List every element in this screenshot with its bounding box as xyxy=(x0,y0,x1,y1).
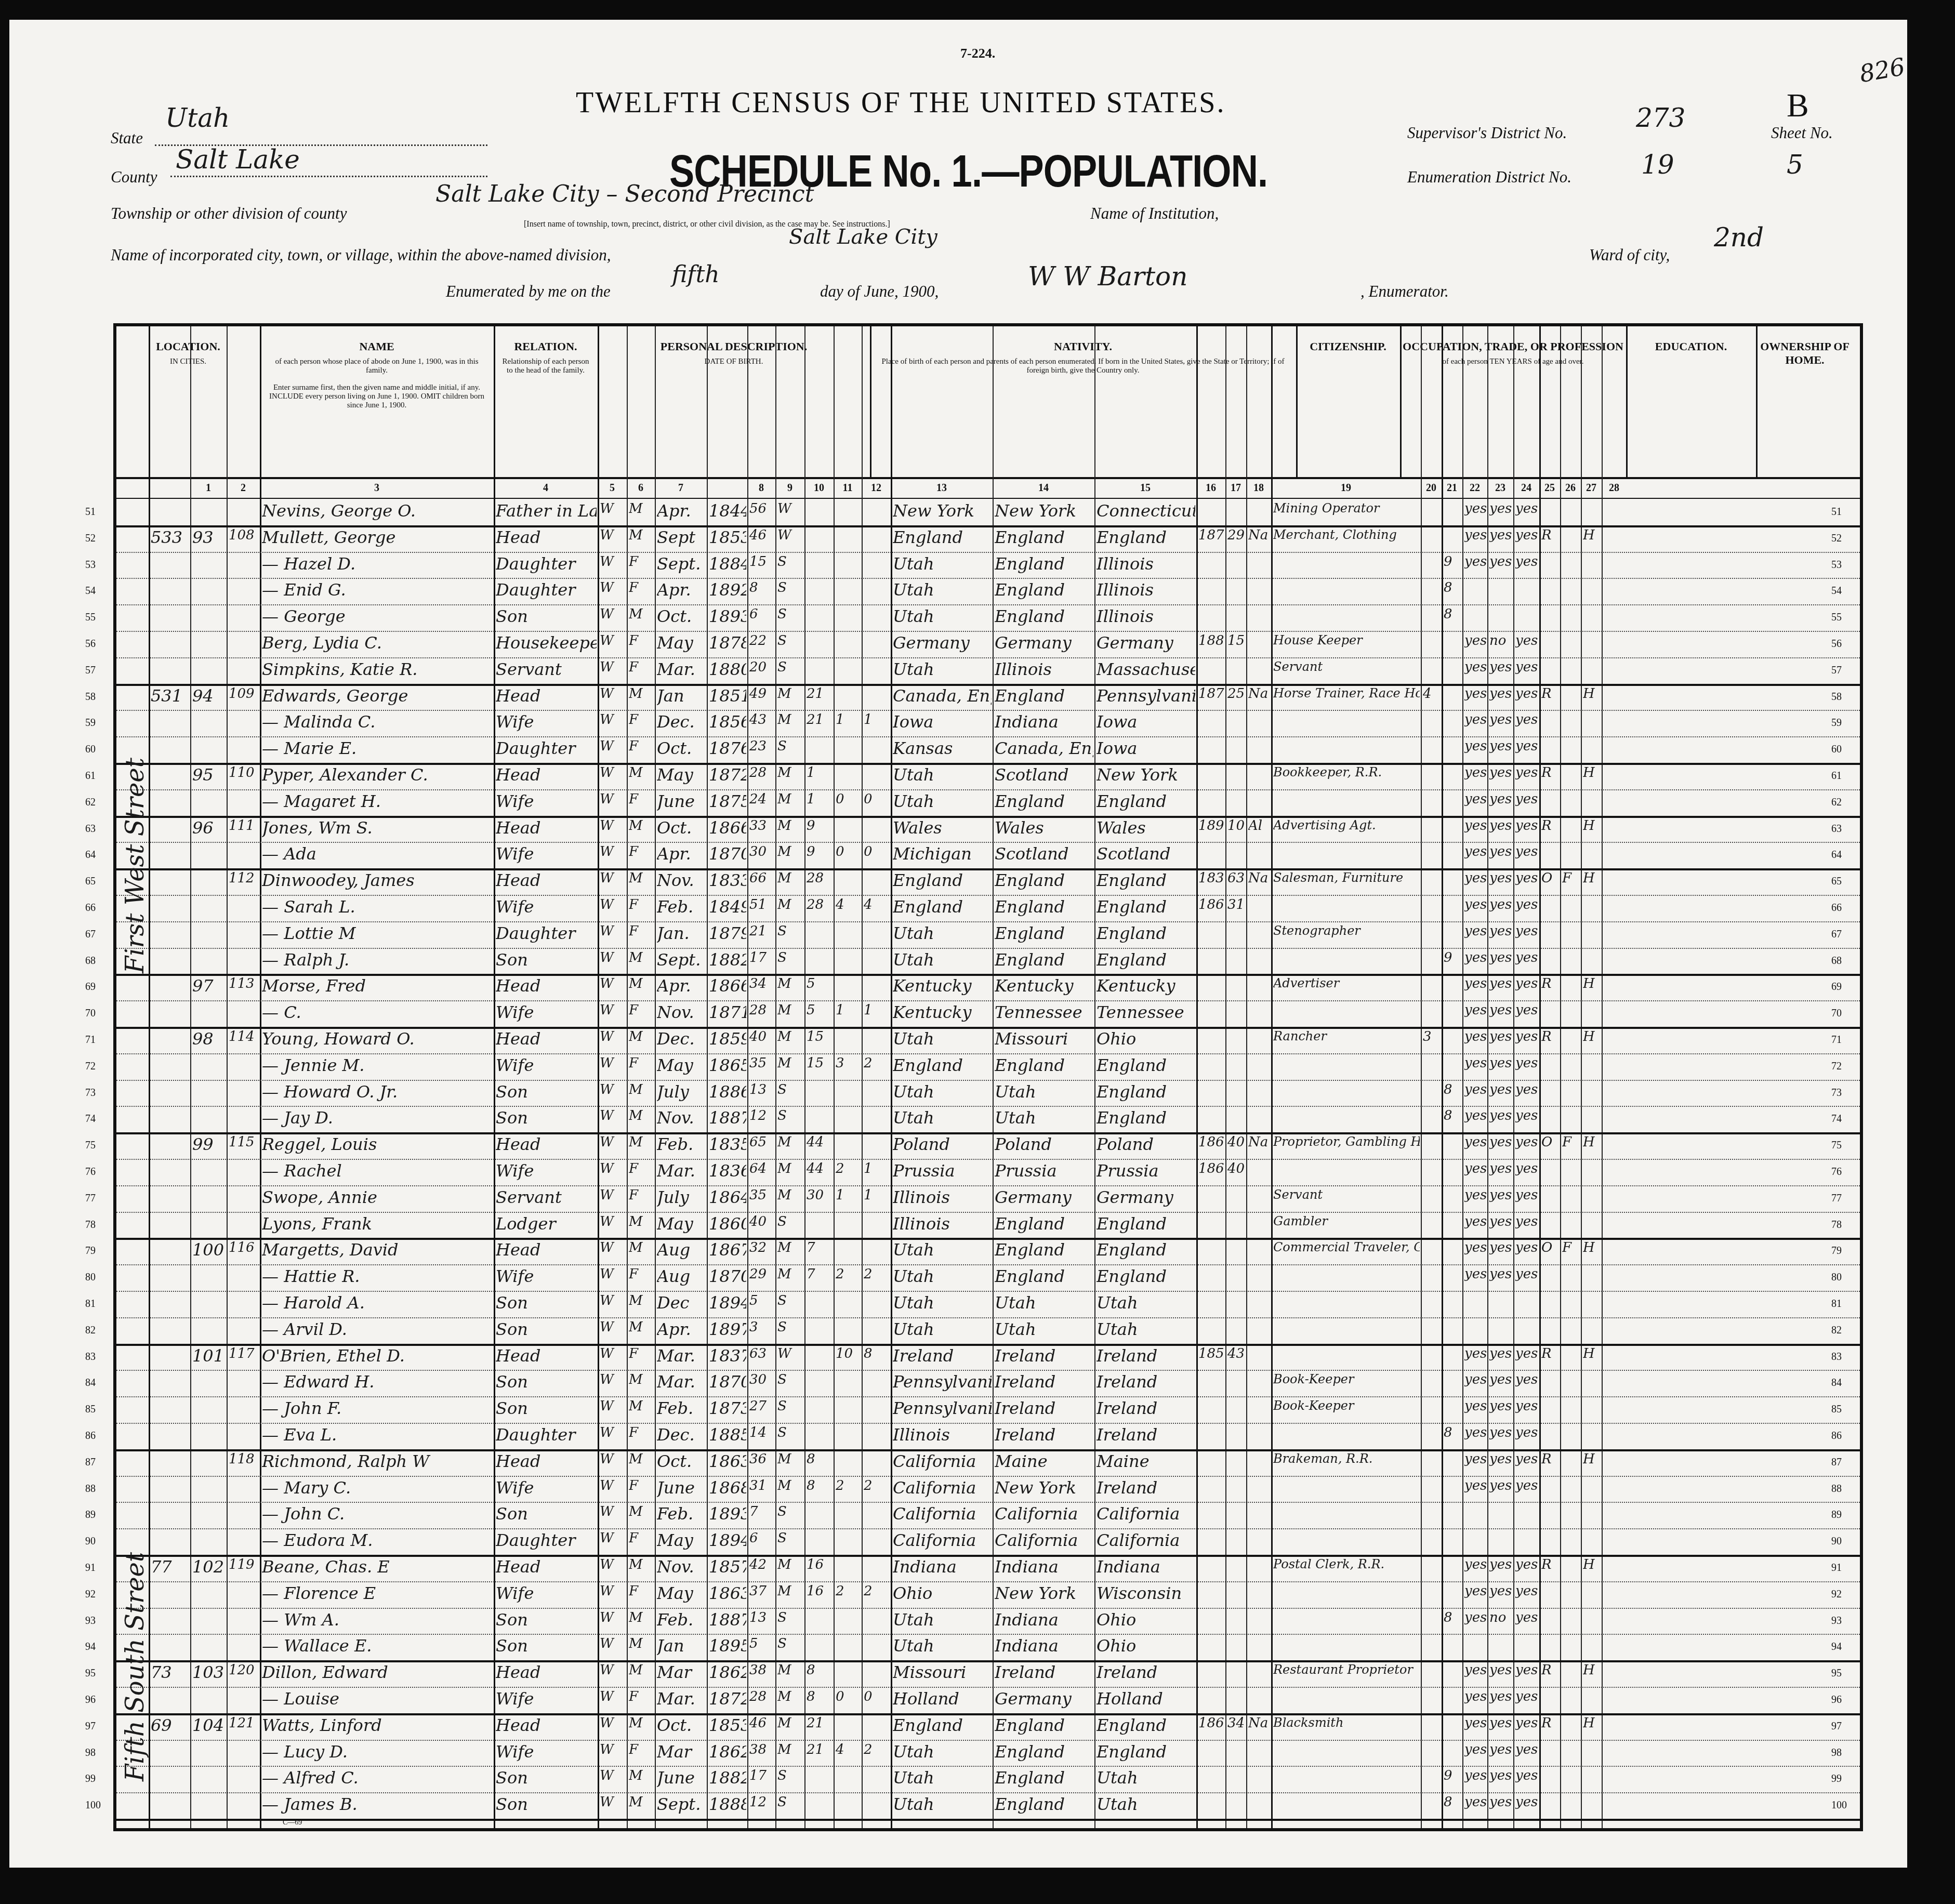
table-row: — Magaret H.WifeWFJune187524M100UtahEngl… xyxy=(116,789,1860,818)
cell-sex: M xyxy=(629,1636,654,1651)
cell-english: yes xyxy=(1515,1583,1538,1599)
cell-write: yes xyxy=(1489,1266,1512,1282)
cell-mother: England xyxy=(1097,1742,1195,1762)
cell-yrs-married: 28 xyxy=(807,870,833,886)
table-row: — Lucy D.WifeWFMar186238M2142UtahEngland… xyxy=(116,1740,1860,1767)
cell-dwelling: 93 xyxy=(192,527,226,547)
enumerated-suffix: day of June, 1900, xyxy=(820,282,939,301)
cell-year: 1836 xyxy=(709,1161,746,1181)
cell-read: yes xyxy=(1464,844,1486,860)
enumerated-day: fifth xyxy=(672,261,720,288)
cell-birth: Illinois xyxy=(893,1187,992,1207)
cell-year: 1887 xyxy=(709,1610,746,1630)
cell-immig: 1890 xyxy=(1198,818,1224,834)
cell-write: yes xyxy=(1489,1372,1512,1387)
cell-yrs-us: 31 xyxy=(1227,897,1245,913)
cell-father: Tennessee xyxy=(995,1002,1093,1022)
cell-race: W xyxy=(600,580,626,596)
cell-house: 69 xyxy=(151,1715,189,1735)
cell-read: yes xyxy=(1464,1266,1486,1282)
cell-marital: M xyxy=(777,844,803,860)
cell-birth: Utah xyxy=(893,1293,992,1313)
column-number: 4 xyxy=(494,482,598,494)
cell-relation: Wife xyxy=(496,844,597,864)
cell-age: 31 xyxy=(749,1478,774,1493)
line-number-left: 89 xyxy=(85,1509,96,1521)
cell-race: W xyxy=(600,1346,626,1361)
cell-year: 1868 xyxy=(709,1478,746,1498)
cell-father: England xyxy=(995,527,1093,547)
cell-house: 73 xyxy=(151,1662,189,1682)
cell-occupation: Postal Clerk, R.R. xyxy=(1273,1557,1420,1571)
cell-name: — Alfred C. xyxy=(262,1768,493,1788)
cell-birth: Ireland xyxy=(893,1346,992,1366)
cell-race: W xyxy=(600,1768,626,1783)
cell-birth: Utah xyxy=(893,791,992,811)
cell-owned: R xyxy=(1541,527,1559,543)
cell-birth: Utah xyxy=(893,606,992,626)
cell-read: yes xyxy=(1464,1346,1486,1361)
line-number: 72 xyxy=(1831,1061,1842,1073)
line-number: 61 xyxy=(1831,770,1842,782)
cell-owned: R xyxy=(1541,976,1559,991)
cell-mother: England xyxy=(1097,897,1195,917)
line-number-left: 87 xyxy=(85,1457,96,1469)
cell-month: Mar. xyxy=(657,1372,706,1392)
cell-children: 4 xyxy=(836,897,861,913)
line-number-left: 57 xyxy=(85,665,96,677)
table-row: — Eva L.DaughterWFDec.188514SIllinoisIre… xyxy=(116,1423,1860,1451)
cell-yrs-us: 25 xyxy=(1227,686,1245,702)
cell-dwelling: 94 xyxy=(192,686,226,706)
cell-mother: Holland xyxy=(1097,1689,1195,1709)
cell-write: yes xyxy=(1489,1742,1512,1757)
cell-english: yes xyxy=(1515,1214,1538,1229)
cell-year: 1866 xyxy=(709,818,746,838)
cell-age: 15 xyxy=(749,554,774,570)
cell-marital: M xyxy=(777,1557,803,1572)
cell-english: yes xyxy=(1515,1002,1538,1018)
cell-school: 8 xyxy=(1444,1794,1461,1810)
cell-write: yes xyxy=(1489,1134,1512,1150)
cell-dwelling: 95 xyxy=(192,765,226,785)
line-number-left: 99 xyxy=(85,1773,96,1785)
cell-english: yes xyxy=(1515,765,1538,781)
cell-living: 2 xyxy=(864,1742,890,1757)
cell-farm: H xyxy=(1583,1557,1601,1572)
cell-year: 1857 xyxy=(709,1557,746,1577)
cell-dwelling: 101 xyxy=(192,1346,226,1366)
cell-relation: Servant xyxy=(496,1187,597,1207)
cell-yrs-us: 40 xyxy=(1227,1134,1245,1150)
table-row: — Malinda C.WifeWFDec.185643M2111IowaInd… xyxy=(116,710,1860,737)
cell-birth: Utah xyxy=(893,1768,992,1788)
cell-family: 118 xyxy=(229,1451,259,1467)
cell-year: 1880 xyxy=(709,659,746,679)
cell-yrs-us: 40 xyxy=(1227,1161,1245,1176)
cell-year: 1837 xyxy=(709,1346,746,1366)
cell-read: yes xyxy=(1464,1161,1486,1176)
cell-mother: England xyxy=(1097,950,1195,970)
cell-mother: England xyxy=(1097,1108,1195,1128)
cell-age: 33 xyxy=(749,818,774,834)
cell-age: 38 xyxy=(749,1662,774,1678)
line-number: 96 xyxy=(1831,1694,1842,1706)
column-number: 7 xyxy=(655,482,707,494)
cell-english: yes xyxy=(1515,1187,1538,1203)
cell-sex: M xyxy=(629,1293,654,1308)
cell-birth: Utah xyxy=(893,1610,992,1630)
cell-read: yes xyxy=(1464,686,1486,702)
cell-yrs-married: 21 xyxy=(807,686,833,702)
cell-month: Dec xyxy=(657,1293,706,1313)
cell-birth: Pennsylvania xyxy=(893,1372,992,1392)
ward-value: 2nd xyxy=(1714,222,1764,253)
line-number: 77 xyxy=(1831,1193,1842,1205)
line-number: 54 xyxy=(1831,585,1842,597)
cell-race: W xyxy=(600,633,626,649)
table-row: — Florence EWifeWFMay186337M1622OhioNew … xyxy=(116,1581,1860,1609)
cell-race: W xyxy=(600,897,626,913)
cell-occupation: Gambler xyxy=(1273,1214,1420,1228)
cell-birth: Utah xyxy=(893,1029,992,1049)
cell-yrs-married: 9 xyxy=(807,844,833,860)
cell-marital: S xyxy=(777,1636,803,1651)
cell-write: yes xyxy=(1489,527,1512,543)
cell-father: New York xyxy=(995,1583,1093,1603)
cell-yrs-us: 10 xyxy=(1227,818,1245,834)
cell-read: yes xyxy=(1464,1425,1486,1440)
cell-race: W xyxy=(600,870,626,886)
cell-month: Mar xyxy=(657,1662,706,1682)
cell-birth: Missouri xyxy=(893,1662,992,1682)
cell-name: Lyons, Frank xyxy=(262,1214,493,1234)
cell-mother: California xyxy=(1097,1530,1195,1550)
cell-month: Apr. xyxy=(657,844,706,864)
cell-father: Ireland xyxy=(995,1425,1093,1445)
cell-father: Ireland xyxy=(995,1372,1093,1392)
cell-relation: Wife xyxy=(496,1478,597,1498)
cell-school: 9 xyxy=(1444,1768,1461,1783)
cell-marital: S xyxy=(777,1293,803,1308)
cell-year: 1875 xyxy=(709,791,746,811)
cell-sex: F xyxy=(629,1187,654,1203)
cell-write: yes xyxy=(1489,976,1512,991)
cell-name: — George xyxy=(262,606,493,626)
cell-marital: M xyxy=(777,1161,803,1176)
line-number: 68 xyxy=(1831,955,1842,967)
cell-age: 40 xyxy=(749,1029,774,1044)
cell-year: 1894 xyxy=(709,1293,746,1313)
cell-write: yes xyxy=(1489,870,1512,886)
line-number-left: 56 xyxy=(85,638,96,650)
cell-english: yes xyxy=(1515,1715,1538,1731)
cell-marital: S xyxy=(777,1082,803,1098)
cell-living: 1 xyxy=(864,712,890,728)
cell-living: 0 xyxy=(864,844,890,860)
cell-owned: R xyxy=(1541,1029,1559,1044)
group-ownership: OWNERSHIP OF HOME. xyxy=(1756,326,1854,477)
sheet-number: 5 xyxy=(1787,150,1803,180)
cell-name: — James B. xyxy=(262,1794,493,1814)
table-row: 98114Young, Howard O.HeadWMDec.185940M15… xyxy=(116,1027,1860,1054)
line-number-left: 92 xyxy=(85,1589,96,1601)
table-row: — Jennie M.WifeWFMay186535M1532EnglandEn… xyxy=(116,1053,1860,1081)
cell-english: yes xyxy=(1515,501,1538,517)
cell-children: 1 xyxy=(836,1187,861,1203)
cell-sex: M xyxy=(629,1504,654,1519)
cell-farm: H xyxy=(1583,527,1601,543)
cell-mother: England xyxy=(1097,1082,1195,1102)
column-number: 16 xyxy=(1196,482,1225,494)
cell-month: June xyxy=(657,791,706,811)
column-number: 22 xyxy=(1462,482,1487,494)
cell-owned: O xyxy=(1541,870,1559,886)
cell-race: W xyxy=(600,712,626,728)
cell-write: yes xyxy=(1489,1346,1512,1361)
cell-yrs-married: 5 xyxy=(807,976,833,991)
line-number-left: 81 xyxy=(85,1298,96,1310)
cell-children: 0 xyxy=(836,791,861,807)
cell-marital: S xyxy=(777,1794,803,1810)
group-location: LOCATION.IN CITIES. xyxy=(116,326,261,477)
table-row: — RachelWifeWFMar.183664M4421PrussiaPrus… xyxy=(116,1159,1860,1186)
cell-farm: H xyxy=(1583,870,1601,886)
cell-father: Indiana xyxy=(995,1610,1093,1630)
cell-mother: England xyxy=(1097,1214,1195,1234)
line-number: 91 xyxy=(1831,1562,1842,1574)
line-number-left: 76 xyxy=(85,1166,96,1178)
cell-name: — Magaret H. xyxy=(262,791,493,811)
cell-relation: Son xyxy=(496,1319,597,1339)
line-number: 67 xyxy=(1831,929,1842,941)
cell-nat: Na xyxy=(1248,870,1270,886)
cell-name: Swope, Annie xyxy=(262,1187,493,1207)
cell-write: yes xyxy=(1489,1398,1512,1414)
cell-family: 109 xyxy=(229,686,259,702)
cell-birth: Utah xyxy=(893,1742,992,1762)
cell-relation: Head xyxy=(496,527,597,547)
cell-english: yes xyxy=(1515,738,1538,754)
census-title: TWELFTH CENSUS OF THE UNITED STATES. xyxy=(576,86,1225,120)
census-sheet: 7-224. TWELFTH CENSUS OF THE UNITED STAT… xyxy=(9,20,1907,1868)
cell-family: 115 xyxy=(229,1134,259,1150)
cell-children: 10 xyxy=(836,1346,861,1361)
cell-name: — Harold A. xyxy=(262,1293,493,1313)
cell-living: 4 xyxy=(864,897,890,913)
cell-sex: M xyxy=(629,1451,654,1467)
cell-write: yes xyxy=(1489,950,1512,966)
cell-race: W xyxy=(600,1610,626,1625)
cell-english: yes xyxy=(1515,1266,1538,1282)
cell-name: — Wm A. xyxy=(262,1610,493,1630)
line-number: 79 xyxy=(1831,1245,1842,1257)
column-number: 5 xyxy=(598,482,627,494)
line-number-left: 86 xyxy=(85,1430,96,1442)
state-value: Utah xyxy=(165,103,230,133)
cell-family: 119 xyxy=(229,1557,259,1572)
cell-birth: England xyxy=(893,1055,992,1075)
cell-year: 1862 xyxy=(709,1742,746,1762)
cell-father: England xyxy=(995,1266,1093,1286)
cell-read: yes xyxy=(1464,1451,1486,1467)
table-row: — Hazel D.DaughterWFSept.188415SUtahEngl… xyxy=(116,552,1860,579)
cell-marital: S xyxy=(777,1319,803,1335)
cell-name: — Wallace E. xyxy=(262,1636,493,1656)
line-number-left: 93 xyxy=(85,1615,96,1627)
city-value: Salt Lake City xyxy=(789,225,937,249)
cell-year: 1860 xyxy=(709,1214,746,1234)
cell-relation: Son xyxy=(496,1504,597,1524)
cell-month: Dec. xyxy=(657,1029,706,1049)
line-number: 75 xyxy=(1831,1140,1842,1152)
cell-read: yes xyxy=(1464,791,1486,807)
cell-sex: M xyxy=(629,1372,654,1387)
cell-relation: Son xyxy=(496,1398,597,1418)
cell-write: yes xyxy=(1489,1478,1512,1493)
cell-year: 1872 xyxy=(709,765,746,785)
cell-birth: Utah xyxy=(893,950,992,970)
cell-mother: Utah xyxy=(1097,1794,1195,1814)
cell-month: May xyxy=(657,1055,706,1075)
cell-mother: Ireland xyxy=(1097,1346,1195,1366)
cell-month: Aug xyxy=(657,1240,706,1260)
cell-school: 9 xyxy=(1444,554,1461,570)
cell-name: Mullett, George xyxy=(262,527,493,547)
cell-father: England xyxy=(995,923,1093,943)
cell-write: yes xyxy=(1489,1794,1512,1810)
line-number: 60 xyxy=(1831,744,1842,756)
cell-occupation: Mining Operator xyxy=(1273,501,1420,515)
cell-immig: 1869 xyxy=(1198,897,1224,913)
cell-race: W xyxy=(600,1478,626,1493)
cell-marital: M xyxy=(777,1689,803,1704)
cell-sex: M xyxy=(629,1715,654,1731)
table-row: 69104121Watts, LinfordHeadWMOct.185346M2… xyxy=(116,1713,1860,1741)
cell-sex: M xyxy=(629,818,654,834)
column-number: 9 xyxy=(775,482,804,494)
cell-marital: M xyxy=(777,686,803,702)
cell-children: 2 xyxy=(836,1478,861,1493)
cell-relation: Daughter xyxy=(496,1425,597,1445)
cell-birth: Kentucky xyxy=(893,1002,992,1022)
cell-read: yes xyxy=(1464,1187,1486,1203)
cell-mother: Wales xyxy=(1097,818,1195,838)
cell-school: 8 xyxy=(1444,580,1461,596)
cell-write: yes xyxy=(1489,818,1512,834)
line-number-left: 65 xyxy=(85,876,96,888)
cell-write: yes xyxy=(1489,791,1512,807)
table-row: — AdaWifeWFApr.187030M900MichiganScotlan… xyxy=(116,842,1860,870)
cell-month: Nov. xyxy=(657,1557,706,1577)
cell-english: yes xyxy=(1515,1557,1538,1572)
cell-year: 1886 xyxy=(709,1082,746,1102)
line-number-left: 59 xyxy=(85,717,96,729)
cell-immig: 1871 xyxy=(1198,527,1224,543)
cell-sex: F xyxy=(629,712,654,728)
line-number-left: 75 xyxy=(85,1140,96,1152)
cell-birth: Utah xyxy=(893,1082,992,1102)
cell-race: W xyxy=(600,1266,626,1282)
table-row: — Ralph J.SonWMSept.188217SUtahEnglandEn… xyxy=(116,948,1860,976)
cell-living: 2 xyxy=(864,1266,890,1282)
cell-age: 35 xyxy=(749,1055,774,1071)
table-row: 118Richmond, Ralph WHeadWMOct.186336M8Ca… xyxy=(116,1449,1860,1477)
cell-sex: F xyxy=(629,897,654,913)
cell-write: yes xyxy=(1489,1055,1512,1071)
cell-english: yes xyxy=(1515,1398,1538,1414)
table-row: — Harold A.SonWMDec18945SUtahUtahUtah818… xyxy=(116,1291,1860,1318)
cell-father: Wales xyxy=(995,818,1093,838)
cell-name: Margetts, David xyxy=(262,1240,493,1260)
cell-year: 1887 xyxy=(709,1108,746,1128)
table-row: Berg, Lydia C.HousekeeperWFMay187822SGer… xyxy=(116,631,1860,658)
cell-father: England xyxy=(995,950,1093,970)
cell-write: yes xyxy=(1489,1002,1512,1018)
cell-relation: Son xyxy=(496,1636,597,1656)
cell-marital: M xyxy=(777,1134,803,1150)
cell-mother: Wisconsin xyxy=(1097,1583,1195,1603)
cell-year: 1894 xyxy=(709,1530,746,1550)
cell-mother: Connecticut xyxy=(1097,501,1195,521)
cell-month: Apr. xyxy=(657,580,706,600)
cell-owned: R xyxy=(1541,1346,1559,1361)
supervisor-label: Supervisor's District No. xyxy=(1407,124,1567,142)
cell-name: — Arvil D. xyxy=(262,1319,493,1339)
cell-month: Feb. xyxy=(657,1610,706,1630)
cell-write: yes xyxy=(1489,659,1512,675)
cell-relation: Son xyxy=(496,1082,597,1102)
stamp-number: 826 xyxy=(1857,52,1907,88)
table-row: — Hattie R.WifeWFAug187029M722UtahEnglan… xyxy=(116,1264,1860,1292)
cell-sex: F xyxy=(629,1161,654,1176)
cell-age: 66 xyxy=(749,870,774,886)
cell-birth: Prussia xyxy=(893,1161,992,1181)
cell-living: 2 xyxy=(864,1478,890,1493)
line-number: 65 xyxy=(1831,876,1842,888)
cell-english: yes xyxy=(1515,950,1538,966)
cell-father: Utah xyxy=(995,1108,1093,1128)
cell-year: 1844 xyxy=(709,501,746,521)
cell-free: F xyxy=(1562,1134,1580,1150)
cell-birth: Utah xyxy=(893,580,992,600)
cell-year: 1862 xyxy=(709,1662,746,1682)
cell-birth: Utah xyxy=(893,1266,992,1286)
line-number-left: 94 xyxy=(85,1641,96,1653)
cell-farm: H xyxy=(1583,1029,1601,1044)
cell-english: yes xyxy=(1515,712,1538,728)
cell-marital: M xyxy=(777,1742,803,1757)
cell-marital: M xyxy=(777,1029,803,1044)
cell-race: W xyxy=(600,1398,626,1414)
cell-marital: M xyxy=(777,1662,803,1678)
cell-occupation: Servant xyxy=(1273,659,1420,674)
cell-birth: Utah xyxy=(893,923,992,943)
cell-read: yes xyxy=(1464,1134,1486,1150)
table-row: — Edward H.SonWMMar.187030SPennsylvaniaI… xyxy=(116,1370,1860,1397)
cell-age: 5 xyxy=(749,1636,774,1651)
cell-race: W xyxy=(600,844,626,860)
cell-write: yes xyxy=(1489,1583,1512,1599)
cell-dwelling: 97 xyxy=(192,976,226,996)
cell-english: yes xyxy=(1515,818,1538,834)
column-number: 2 xyxy=(227,482,260,494)
cell-age: 64 xyxy=(749,1161,774,1176)
cell-children: 2 xyxy=(836,1266,861,1282)
cell-year: 1859 xyxy=(709,1029,746,1049)
cell-age: 49 xyxy=(749,686,774,702)
line-number: 51 xyxy=(1831,506,1842,518)
